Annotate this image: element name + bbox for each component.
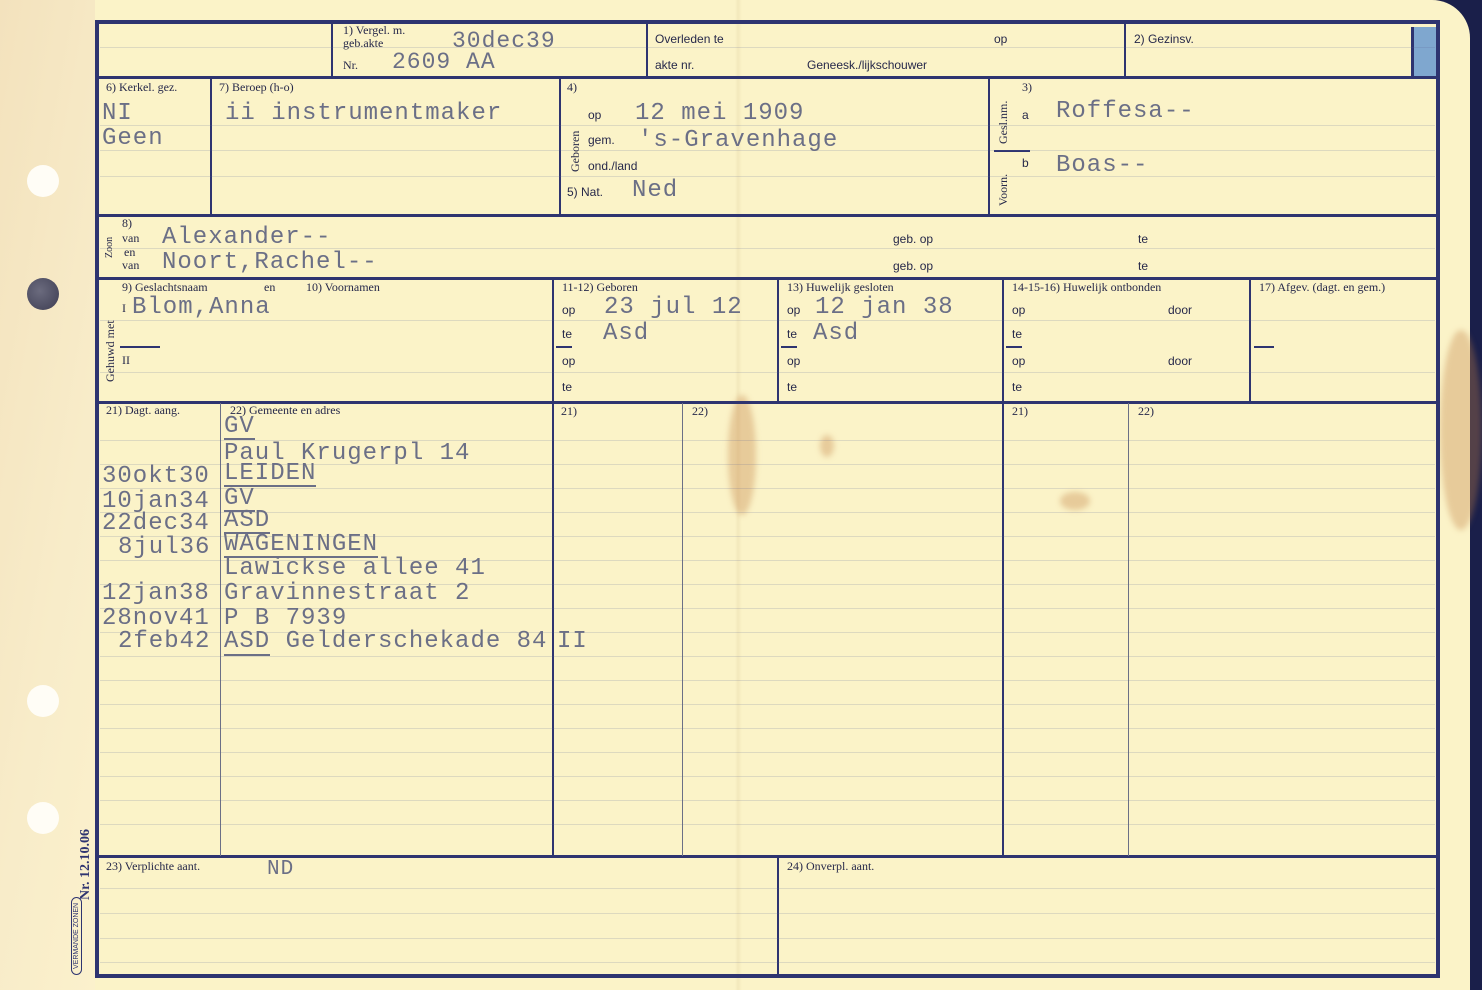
roman-ii: II [122,353,130,368]
surname: Roffesa-- [1056,98,1195,125]
zoon-vertical: Zoon [104,237,115,258]
huwelijk-gesloten-label: 13) Huwelijk gesloten [787,280,894,295]
overleden-label: Overleden te [655,32,724,46]
voornamen-label: 10) Voornamen [306,280,380,295]
marriage-te-label: te [787,327,797,341]
address-date: 30okt30 [102,463,210,490]
spouse-te-label: te [562,327,572,341]
marriage-date: 12 jan 38 [815,294,954,321]
gebakte-label: geb.akte [343,36,383,51]
card-frame [95,20,1440,978]
kerkel-value-1: NI [102,100,133,127]
spouse-birth-place: Asd [603,320,649,347]
nat-label: 5) Nat. [567,185,603,199]
gesl-nm-vertical: Gesl.nm. [996,101,1011,144]
geboren-vertical: Geboren [568,131,583,172]
b-label: b [1022,156,1029,170]
a-label: a [1022,108,1029,122]
beroep-value: ii instrumentmaker [225,100,502,127]
given-name: Boas-- [1056,152,1148,179]
field8-label: 8) [122,216,132,231]
akte-number: 2609 AA [392,49,496,75]
verplichte-label: 23) Verplichte aant. [106,859,200,874]
gezinsv-label: 2) Gezinsv. [1134,32,1194,46]
punch-hole [27,278,59,310]
spouse-op-label: op [562,303,575,317]
marriage-place: Asd [813,320,859,347]
col22-label-2: 22) [1138,404,1154,419]
akte-nr-label: akte nr. [655,58,694,72]
van-label-2: van [122,258,139,273]
verplichte-value: ND [267,858,294,881]
ontbonden2-op-label: op [1012,354,1025,368]
en-label: en [264,280,275,295]
birth-op-label: op [588,108,601,122]
van-label: van [122,231,139,246]
address-date: 8jul36 [118,534,210,561]
birth-place: 's-Gravenhage [638,127,838,154]
spouse2-te-label: te [562,380,572,394]
col21-note: II [557,628,588,655]
overleden-op-label: op [994,32,1007,46]
geneesk-label: Geneesk./lijkschouwer [807,58,927,72]
col22-label: 22) [692,404,708,419]
nationality: Ned [632,177,678,204]
ontbonden2-te-label: te [1012,380,1022,394]
birth-date: 12 mei 1909 [635,100,804,127]
spouse2-op-label: op [562,354,575,368]
address-place: Lawickse allee 41 [224,555,486,582]
address-date: 12jan38 [102,580,210,607]
marriage2-te-label: te [787,380,797,394]
dagt-aang-label: 21) Dagt. aang. [106,403,180,418]
punch-hole [27,802,59,834]
father-te-label: te [1138,232,1148,246]
spouse-geboren-label: 11-12) Geboren [562,280,638,295]
ontbonden-label: 14-15-16) Huwelijk ontbonden [1012,280,1161,295]
address-date: 2feb42 [118,628,210,655]
gehuwd-vertical: Gehuwd met [103,320,118,382]
voorn-vertical: Voorn. [996,174,1011,206]
mother-geb-op-label: geb. op [893,259,933,273]
afgev-label: 17) Afgev. (dagt. en gem.) [1259,280,1385,295]
address-date: 22dec34 [102,510,210,537]
father-geb-op-label: geb. op [893,232,933,246]
mother-name: Noort,Rachel-- [162,249,378,276]
roman-i: I [122,301,126,316]
kerkel-label: 6) Kerkel. gez. [106,80,177,95]
stain [1440,330,1482,530]
punch-hole [27,165,59,197]
marriage2-op-label: op [787,354,800,368]
gem-label: gem. [588,133,615,147]
ontbonden-op-label: op [1012,303,1025,317]
geslachtsnaam-label: 9) Geslachtsnaam [122,280,208,295]
beroep-label: 7) Beroep (h-o) [219,80,294,95]
punch-hole [27,685,59,717]
form-number: Nr. 12.10.06 [78,829,94,900]
ontbonden2-door-label: door [1168,354,1192,368]
address-place: Gravinnestraat 2 [224,580,470,607]
ontbonden-door-label: door [1168,303,1192,317]
nr-label: Nr. [343,58,358,73]
address-place: GV [224,416,255,440]
spouse-name: Blom,Anna [132,294,271,321]
onverpl-label: 24) Onverpl. aant. [787,859,874,874]
mother-te-label: te [1138,259,1148,273]
address-place: ASD Gelderschekade 84 [224,628,547,655]
kerkel-value-2: Geen [102,125,164,152]
address-place: LEIDEN [224,463,316,487]
field3-label: 3) [1022,80,1032,95]
ontbonden-te-label: te [1012,327,1022,341]
spouse-birth-date: 23 jul 12 [604,294,743,321]
field4-label: 4) [567,80,577,95]
marriage-op-label: op [787,303,800,317]
ond-land-label: ond./land [588,159,637,173]
col21-label-2: 21) [1012,404,1028,419]
asd-underline [224,654,270,656]
printer-mark: VERMANDE ZONEN [71,897,82,975]
col21-label: 21) [561,404,577,419]
father-name: Alexander-- [162,224,331,251]
